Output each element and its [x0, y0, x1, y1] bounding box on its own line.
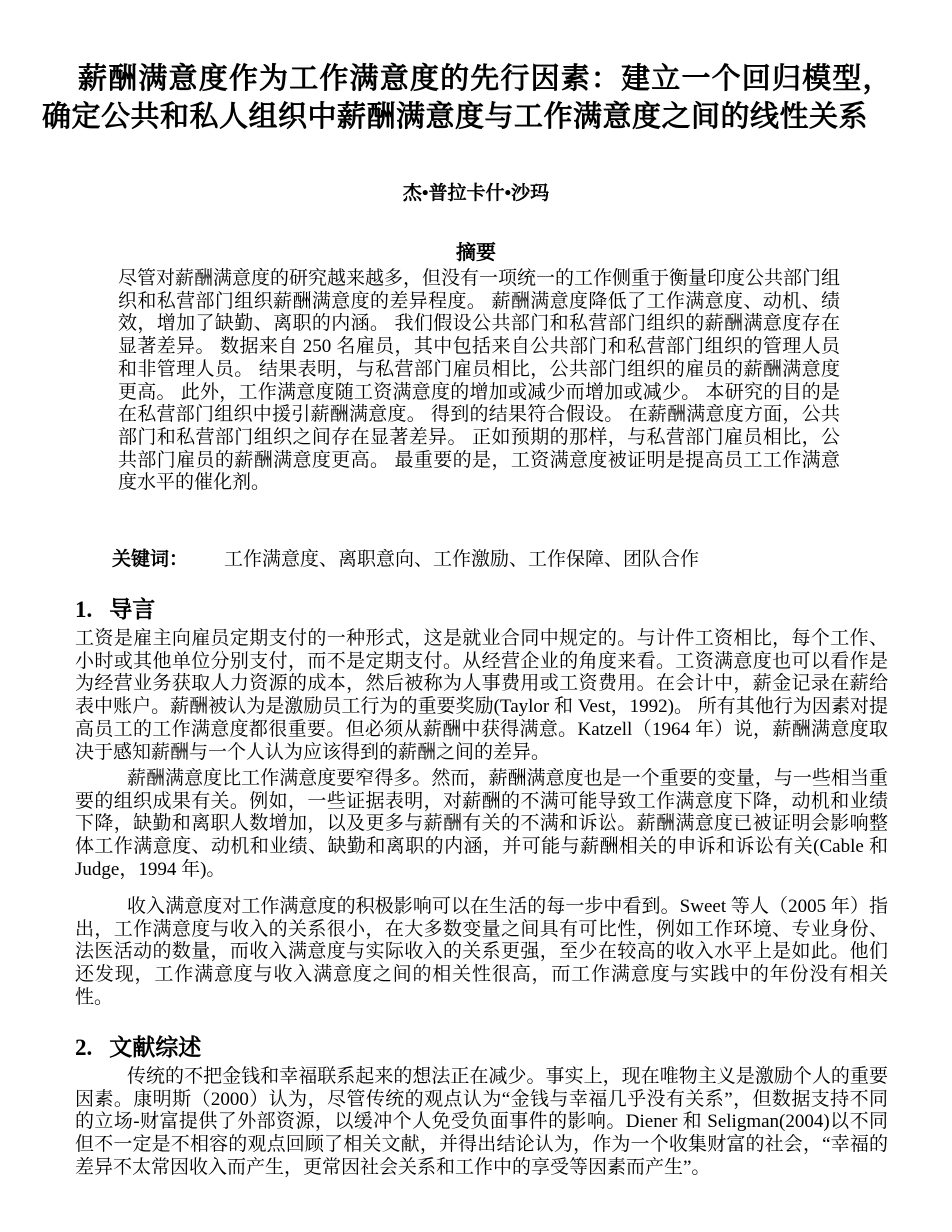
keywords-label: 关键词： — [112, 549, 188, 570]
abstract-body: 尽管对薪酬满意度的研究越来越多，但没有一项统一的工作侧重于衡量印度公共部门组织和… — [118, 268, 840, 495]
keywords-line: 关键词：工作满意度、离职意向、工作激励、工作保障、团队合作 — [112, 548, 872, 572]
section-2-paragraph-1: 传统的不把金钱和幸福联系起来的想法正在减少。事实上，现在唯物主义是激励个人的重要… — [75, 1066, 888, 1180]
section-2-number: 2. — [75, 1035, 92, 1060]
abstract-heading: 摘要 — [0, 241, 952, 266]
document-page: 薪酬满意度作为工作满意度的先行因素：建立一个回归模型，确定公共和私人组织中薪酬满… — [0, 0, 952, 1232]
document-title: 薪酬满意度作为工作满意度的先行因素：建立一个回归模型，确定公共和私人组织中薪酬满… — [42, 60, 892, 136]
author-name: 杰•普拉卡什•沙玛 — [0, 182, 952, 206]
section-1-title: 导言 — [109, 596, 155, 622]
section-1-heading: 1.导言 — [75, 594, 155, 625]
section-1-paragraph-1: 工资是雇主向雇员定期支付的一种形式，这是就业合同中规定的。与计件工资相比，每个工… — [75, 628, 888, 764]
section-1-number: 1. — [75, 597, 92, 622]
section-1-paragraph-2: 薪酬满意度比工作满意度要窄得多。然而，薪酬满意度也是一个重要的变量，与一些相当重… — [75, 768, 888, 882]
section-2-heading: 2.文献综述 — [75, 1032, 201, 1063]
section-1-paragraph-3: 收入满意度对工作满意度的积极影响可以在生活的每一步中看到。Sweet 等人（20… — [75, 896, 888, 1010]
section-2-title: 文献综述 — [109, 1034, 201, 1060]
keywords-text: 工作满意度、离职意向、工作激励、工作保障、团队合作 — [224, 549, 699, 570]
